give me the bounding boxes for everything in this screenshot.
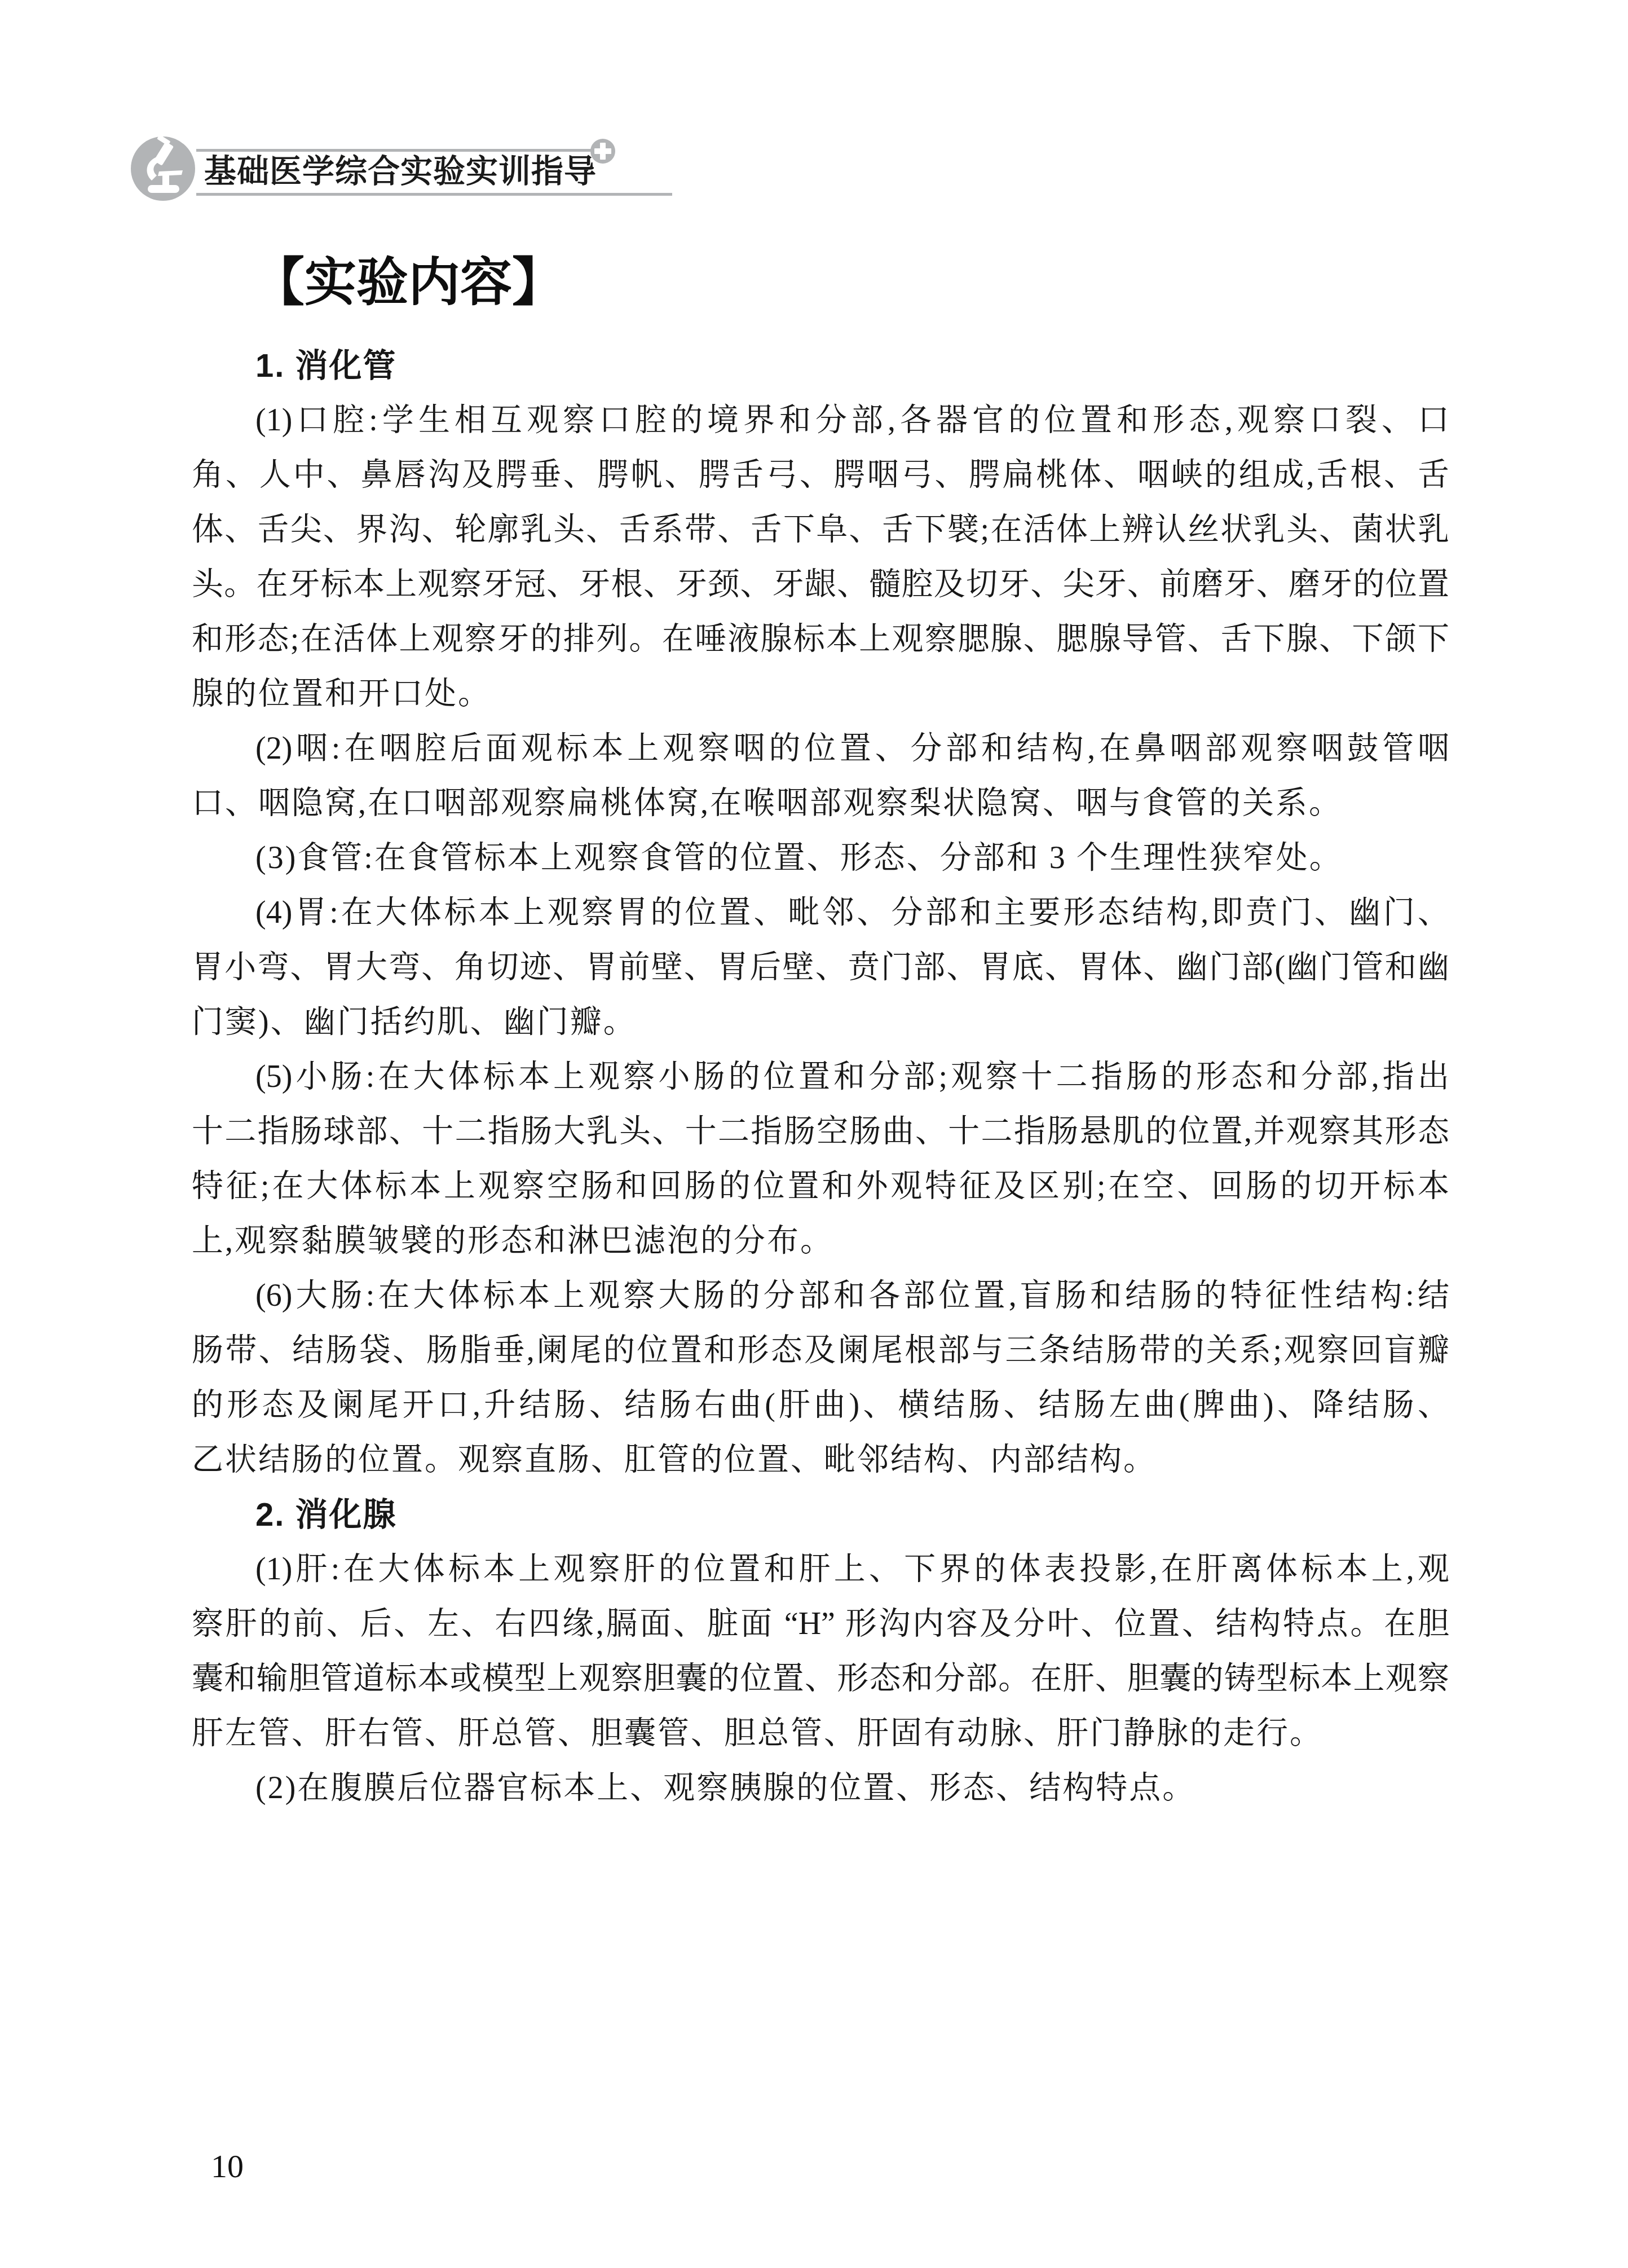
text-line: (1)口腔:学生相互观察口腔的境界和分部,各器官的位置和形态,观察口裂、口 bbox=[192, 393, 1449, 448]
text-line: 体、舌尖、界沟、轮廓乳头、舌系带、舌下阜、舌下襞;在活体上辨认丝状乳头、菌状乳 bbox=[192, 503, 1449, 557]
body-text: 1. 消化管(1)口腔:学生相互观察口腔的境界和分部,各器官的位置和形态,观察口… bbox=[192, 338, 1449, 1816]
sub-heading: 1. 消化管 bbox=[192, 338, 1449, 393]
text-line: 囊和输胆管道标本或模型上观察胆囊的位置、形态和分部。在肝、胆囊的铸型标本上观察 bbox=[192, 1652, 1449, 1706]
text-line: (4)胃:在大体标本上观察胃的位置、毗邻、分部和主要形态结构,即贲门、幽门、 bbox=[192, 886, 1449, 940]
text-line: 胃小弯、胃大弯、角切迹、胃前壁、胃后壁、贲门部、胃底、胃体、幽门部(幽门管和幽 bbox=[192, 940, 1449, 995]
page-number: 10 bbox=[211, 2147, 244, 2186]
text-line: 上,观察黏膜皱襞的形态和淋巴滤泡的分布。 bbox=[192, 1214, 1449, 1269]
document-page: 基础医学综合实验实训指导 【实验内容】 1. 消化管(1)口腔:学生相互观察口腔… bbox=[0, 0, 1628, 2268]
text-line: 腺的位置和开口处。 bbox=[192, 667, 1449, 721]
text-line: 和形态;在活体上观察牙的排列。在唾液腺标本上观察腮腺、腮腺导管、舌下腺、下颌下 bbox=[192, 612, 1449, 667]
plus-icon bbox=[590, 139, 615, 164]
text-line: 察肝的前、后、左、右四缘,膈面、脏面 “H” 形沟内容及分叶、位置、结构特点。在… bbox=[192, 1597, 1449, 1652]
text-line: 头。在牙标本上观察牙冠、牙根、牙颈、牙龈、髓腔及切牙、尖牙、前磨牙、磨牙的位置 bbox=[192, 557, 1449, 612]
section-title: 【实验内容】 bbox=[253, 252, 564, 314]
text-line: 肠带、结肠袋、肠脂垂,阑尾的位置和形态及阑尾根部与三条结肠带的关系;观察回盲瓣 bbox=[192, 1323, 1449, 1378]
text-line: 肝左管、肝右管、肝总管、胆囊管、胆总管、肝固有动脉、肝门静脉的走行。 bbox=[192, 1706, 1449, 1761]
text-line: (5)小肠:在大体标本上观察小肠的位置和分部;观察十二指肠的形态和分部,指出 bbox=[192, 1050, 1449, 1104]
header-rule-top bbox=[196, 149, 593, 152]
text-line: 的形态及阑尾开口,升结肠、结肠右曲(肝曲)、横结肠、结肠左曲(脾曲)、降结肠、 bbox=[192, 1378, 1449, 1433]
text-line: (2)咽:在咽腔后面观标本上观察咽的位置、分部和结构,在鼻咽部观察咽鼓管咽 bbox=[192, 721, 1449, 776]
text-line: (1)肝:在大体标本上观察肝的位置和肝上、下界的体表投影,在肝离体标本上,观 bbox=[192, 1542, 1449, 1597]
text-line: 十二指肠球部、十二指肠大乳头、十二指肠空肠曲、十二指肠悬肌的位置,并观察其形态 bbox=[192, 1104, 1449, 1159]
text-line: (3)食管:在食管标本上观察食管的位置、形态、分部和 3 个生理性狭窄处。 bbox=[192, 831, 1449, 886]
text-line: 乙状结肠的位置。观察直肠、肛管的位置、毗邻结构、内部结构。 bbox=[192, 1433, 1449, 1487]
text-line: 门窦)、幽门括约肌、幽门瓣。 bbox=[192, 995, 1449, 1050]
text-line: 口、咽隐窝,在口咽部观察扁桃体窝,在喉咽部观察梨状隐窝、咽与食管的关系。 bbox=[192, 776, 1449, 831]
page-header-title: 基础医学综合实验实训指导 bbox=[204, 153, 597, 190]
microscope-icon bbox=[131, 136, 195, 201]
sub-heading: 2. 消化腺 bbox=[192, 1487, 1449, 1542]
text-line: (2)在腹膜后位器官标本上、观察胰腺的位置、形态、结构特点。 bbox=[192, 1761, 1449, 1816]
text-line: 特征;在大体标本上观察空肠和回肠的位置和外观特征及区别;在空、回肠的切开标本 bbox=[192, 1159, 1449, 1214]
text-line: 角、人中、鼻唇沟及腭垂、腭帆、腭舌弓、腭咽弓、腭扁桃体、咽峡的组成,舌根、舌 bbox=[192, 448, 1449, 503]
header-rule-bottom bbox=[196, 193, 672, 196]
text-line: (6)大肠:在大体标本上观察大肠的分部和各部位置,盲肠和结肠的特征性结构:结 bbox=[192, 1269, 1449, 1323]
